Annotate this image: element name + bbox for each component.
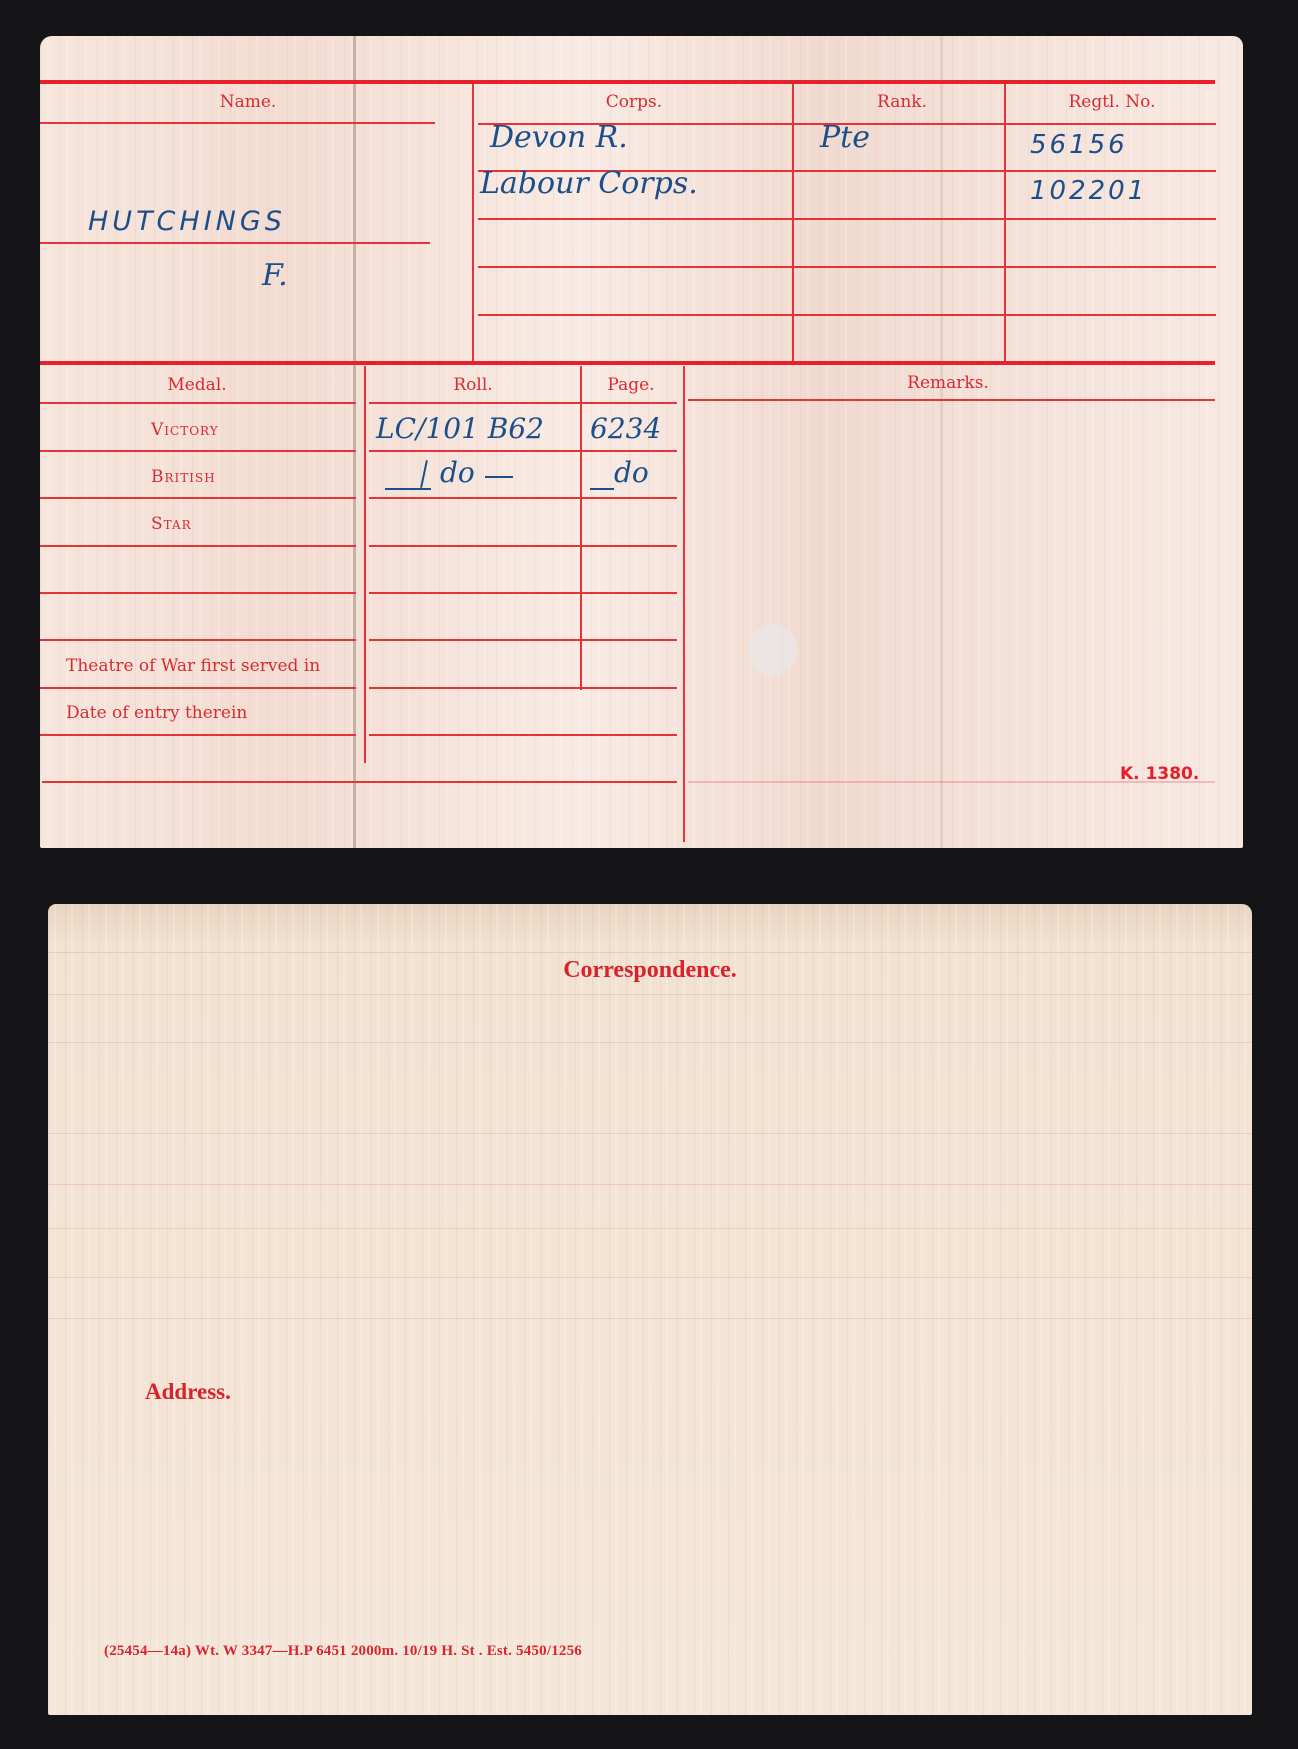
medal-row-rule xyxy=(40,497,356,499)
bleed-through-line xyxy=(48,1277,1252,1278)
medal-row-rule xyxy=(40,545,356,547)
medal-card-back: Correspondence. Address. (25454—14a) Wt.… xyxy=(48,904,1252,1715)
form-code: K. 1380. xyxy=(1120,764,1199,784)
regtl-no-entry-1: 56156 xyxy=(1030,130,1128,160)
scan-artifact xyxy=(940,36,943,848)
page-remarks-divider xyxy=(683,366,685,842)
roll-header: Roll. xyxy=(453,375,492,395)
medal-british: British xyxy=(151,467,216,487)
rank-entry: Pte xyxy=(820,120,870,155)
address-label: Address. xyxy=(145,1379,231,1405)
surname-entry: HUTCHINGS xyxy=(88,206,286,237)
correspondence-title: Correspondence. xyxy=(563,957,737,984)
roll-row-rule xyxy=(369,402,677,404)
medal-row-rule xyxy=(40,592,356,594)
remarks-header: Remarks. xyxy=(907,373,989,393)
bleed-through-line xyxy=(48,994,1252,995)
page-entry-british: do xyxy=(614,456,649,489)
bleed-through-line xyxy=(48,1228,1252,1229)
medal-header: Medal. xyxy=(167,375,226,395)
corps-header: Corps. xyxy=(606,92,662,112)
ditto-tail xyxy=(485,476,513,478)
roll-row-rule xyxy=(369,497,677,499)
remarks-header-rule xyxy=(688,399,1215,401)
bleed-through-line xyxy=(48,1133,1252,1134)
regtl-no-entry-2: 102201 xyxy=(1030,176,1147,206)
roll-entry-victory: LC/101 B62 xyxy=(376,412,544,445)
corps-row-rule xyxy=(478,314,1216,316)
roll-row-rule xyxy=(369,734,677,736)
ditto-dash xyxy=(385,488,431,490)
rank-header: Rank. xyxy=(877,92,927,112)
corps-entry-2: Labour Corps. xyxy=(480,166,698,201)
bottom-rule xyxy=(42,781,677,783)
bleed-through-line xyxy=(48,1318,1252,1319)
initial-entry: F. xyxy=(262,258,288,293)
date-of-entry-label: Date of entry therein xyxy=(66,703,247,723)
medal-roll-divider xyxy=(364,366,366,763)
roll-page-divider xyxy=(580,366,582,690)
corps-row-rule xyxy=(478,218,1216,220)
page-entry-victory: 6234 xyxy=(590,412,661,445)
printer-imprint: (25454—14a) Wt. W 3347—H.P 6451 2000m. 1… xyxy=(104,1643,582,1660)
regtl-divider xyxy=(1004,84,1006,362)
top-rule xyxy=(40,80,1215,84)
rank-divider xyxy=(792,84,794,362)
name-header-rule xyxy=(40,122,435,124)
page-header: Page. xyxy=(607,375,654,395)
medal-row-rule xyxy=(40,450,356,452)
medal-row-rule xyxy=(40,402,356,404)
bleed-through-line xyxy=(48,952,1252,953)
medal-card-front: Name. Corps. Rank. Regtl. No. HUTCHINGS … xyxy=(40,36,1243,848)
bleed-through-line xyxy=(48,1184,1252,1185)
medal-row-rule xyxy=(40,687,356,689)
roll-row-rule xyxy=(369,450,677,452)
medal-row-rule xyxy=(40,734,356,736)
medal-row-rule xyxy=(40,639,356,641)
middle-rule xyxy=(40,361,1215,365)
roll-row-rule xyxy=(369,545,677,547)
scan-artifact xyxy=(353,36,356,848)
water-stain xyxy=(748,624,798,676)
corps-divider xyxy=(472,84,474,362)
roll-row-rule xyxy=(369,639,677,641)
bleed-through-line xyxy=(48,1042,1252,1043)
name-header: Name. xyxy=(220,92,277,112)
medal-star: Star xyxy=(151,514,192,534)
roll-entry-british: do xyxy=(440,456,475,489)
corps-entry-1: Devon R. xyxy=(490,120,628,155)
regtl-no-header: Regtl. No. xyxy=(1068,92,1155,112)
ditto-dash xyxy=(590,488,614,490)
roll-row-rule xyxy=(369,687,677,689)
medal-victory: Victory xyxy=(151,420,219,440)
ditto-slash xyxy=(420,460,428,488)
name-rule xyxy=(40,242,430,244)
roll-row-rule xyxy=(369,592,677,594)
theatre-of-war-label: Theatre of War first served in xyxy=(66,656,320,676)
corps-row-rule xyxy=(478,266,1216,268)
